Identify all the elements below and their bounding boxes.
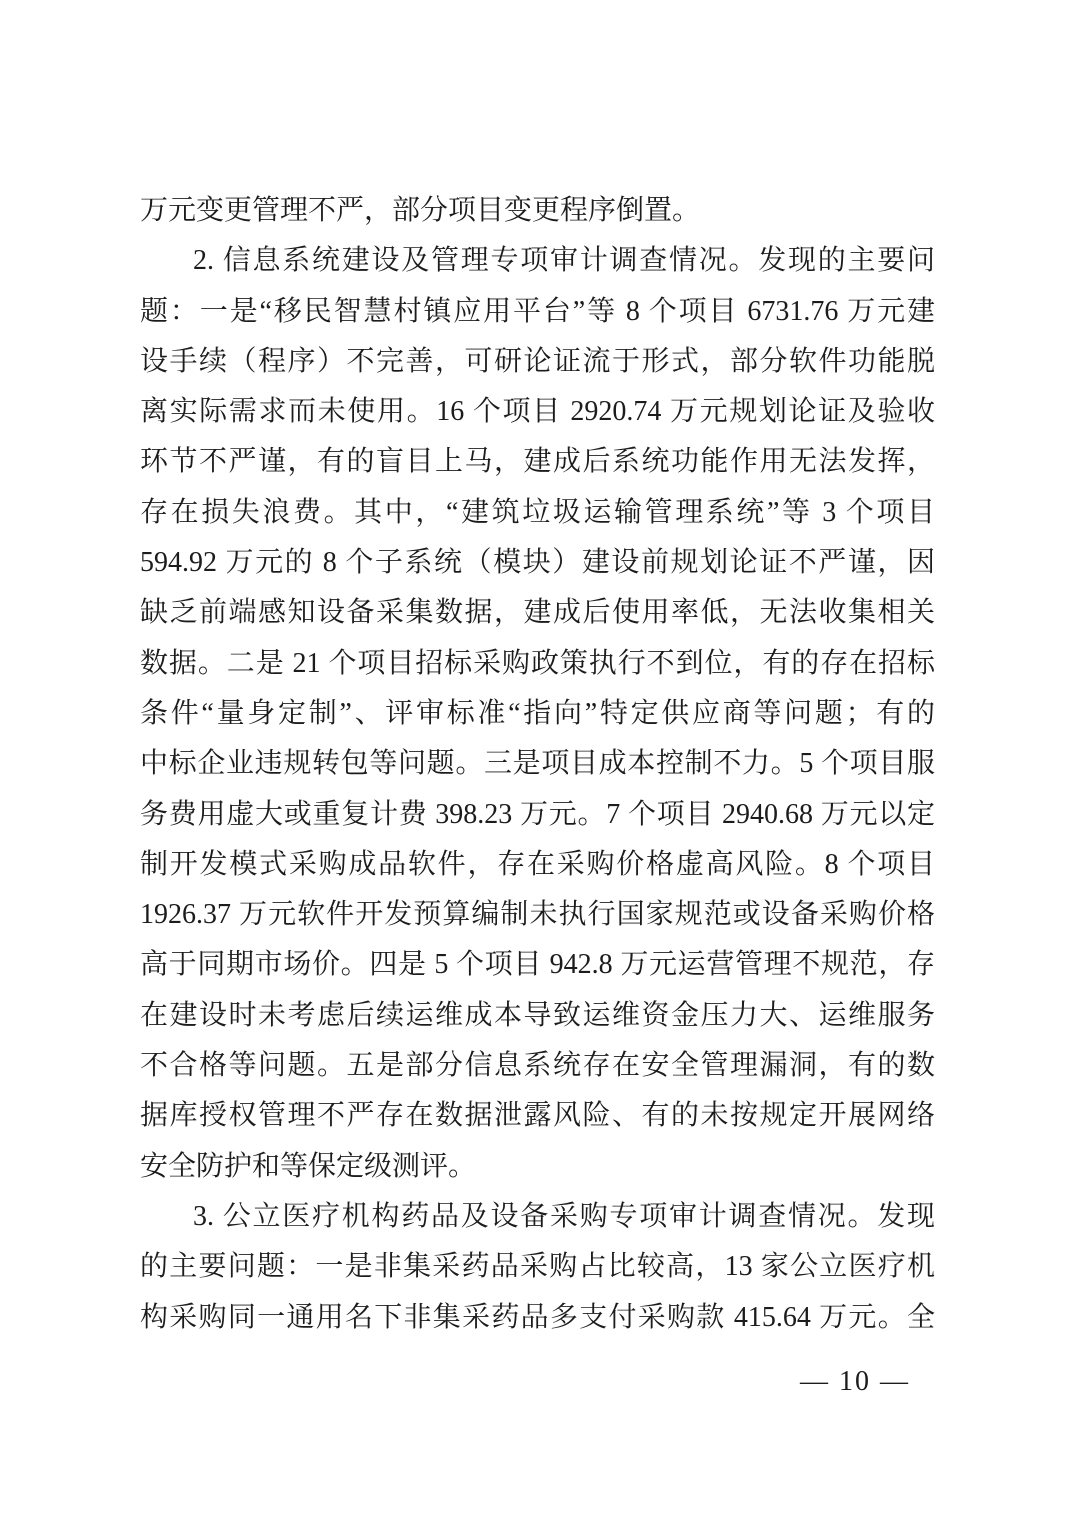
text-line: 万元变更管理不严，部分项目变更程序倒置。: [140, 186, 935, 236]
text-line: 不合格等问题。五是部分信息系统存在安全管理漏洞，有的数: [140, 1041, 935, 1091]
text-line: 据库授权管理不严存在数据泄露风险、有的未按规定开展网络: [140, 1091, 935, 1141]
text-line: 制开发模式采购成品软件，存在采购价格虚高风险。8 个项目: [140, 840, 935, 890]
text-line: 的主要问题：一是非集采药品采购占比较高，13 家公立医疗机: [140, 1242, 935, 1292]
text-line: 高于同期市场价。四是 5 个项目 942.8 万元运营管理不规范，存: [140, 940, 935, 990]
text-line: 594.92 万元的 8 个子系统（模块）建设前规划论证不严谨，因: [140, 538, 935, 588]
text-line: 务费用虚大或重复计费 398.23 万元。7 个项目 2940.68 万元以定: [140, 790, 935, 840]
text-line: 设手续（程序）不完善，可研论证流于形式，部分软件功能脱: [140, 337, 935, 387]
text-line: 条件“量身定制”、评审标准“指向”特定供应商等问题；有的: [140, 689, 935, 739]
text-line: 存在损失浪费。其中，“建筑垃圾运输管理系统”等 3 个项目: [140, 488, 935, 538]
text-line: 在建设时未考虑后续运维成本导致运维资金压力大、运维服务: [140, 991, 935, 1041]
text-line: 2. 信息系统建设及管理专项审计调查情况。发现的主要问: [140, 236, 935, 286]
text-line: 题：一是“移民智慧村镇应用平台”等 8 个项目 6731.76 万元建: [140, 287, 935, 337]
text-line: 数据。二是 21 个项目招标采购政策执行不到位，有的存在招标: [140, 639, 935, 689]
text-line: 环节不严谨，有的盲目上马，建成后系统功能作用无法发挥，: [140, 437, 935, 487]
text-line: 缺乏前端感知设备采集数据，建成后使用率低，无法收集相关: [140, 588, 935, 638]
text-line: 1926.37 万元软件开发预算编制未执行国家规范或设备采购价格: [140, 890, 935, 940]
text-line: 3. 公立医疗机构药品及设备采购专项审计调查情况。发现: [140, 1192, 935, 1242]
text-line: 安全防护和等保定级测评。: [140, 1142, 935, 1192]
document-body: 万元变更管理不严，部分项目变更程序倒置。2. 信息系统建设及管理专项审计调查情况…: [140, 186, 935, 1343]
page-number: — 10 —: [800, 1362, 910, 1402]
document-page: 万元变更管理不严，部分项目变更程序倒置。2. 信息系统建设及管理专项审计调查情况…: [0, 0, 1069, 1514]
text-line: 构采购同一通用名下非集采药品多支付采购款 415.64 万元。全: [140, 1293, 935, 1343]
text-line: 离实际需求而未使用。16 个项目 2920.74 万元规划论证及验收: [140, 387, 935, 437]
text-line: 中标企业违规转包等问题。三是项目成本控制不力。5 个项目服: [140, 739, 935, 789]
